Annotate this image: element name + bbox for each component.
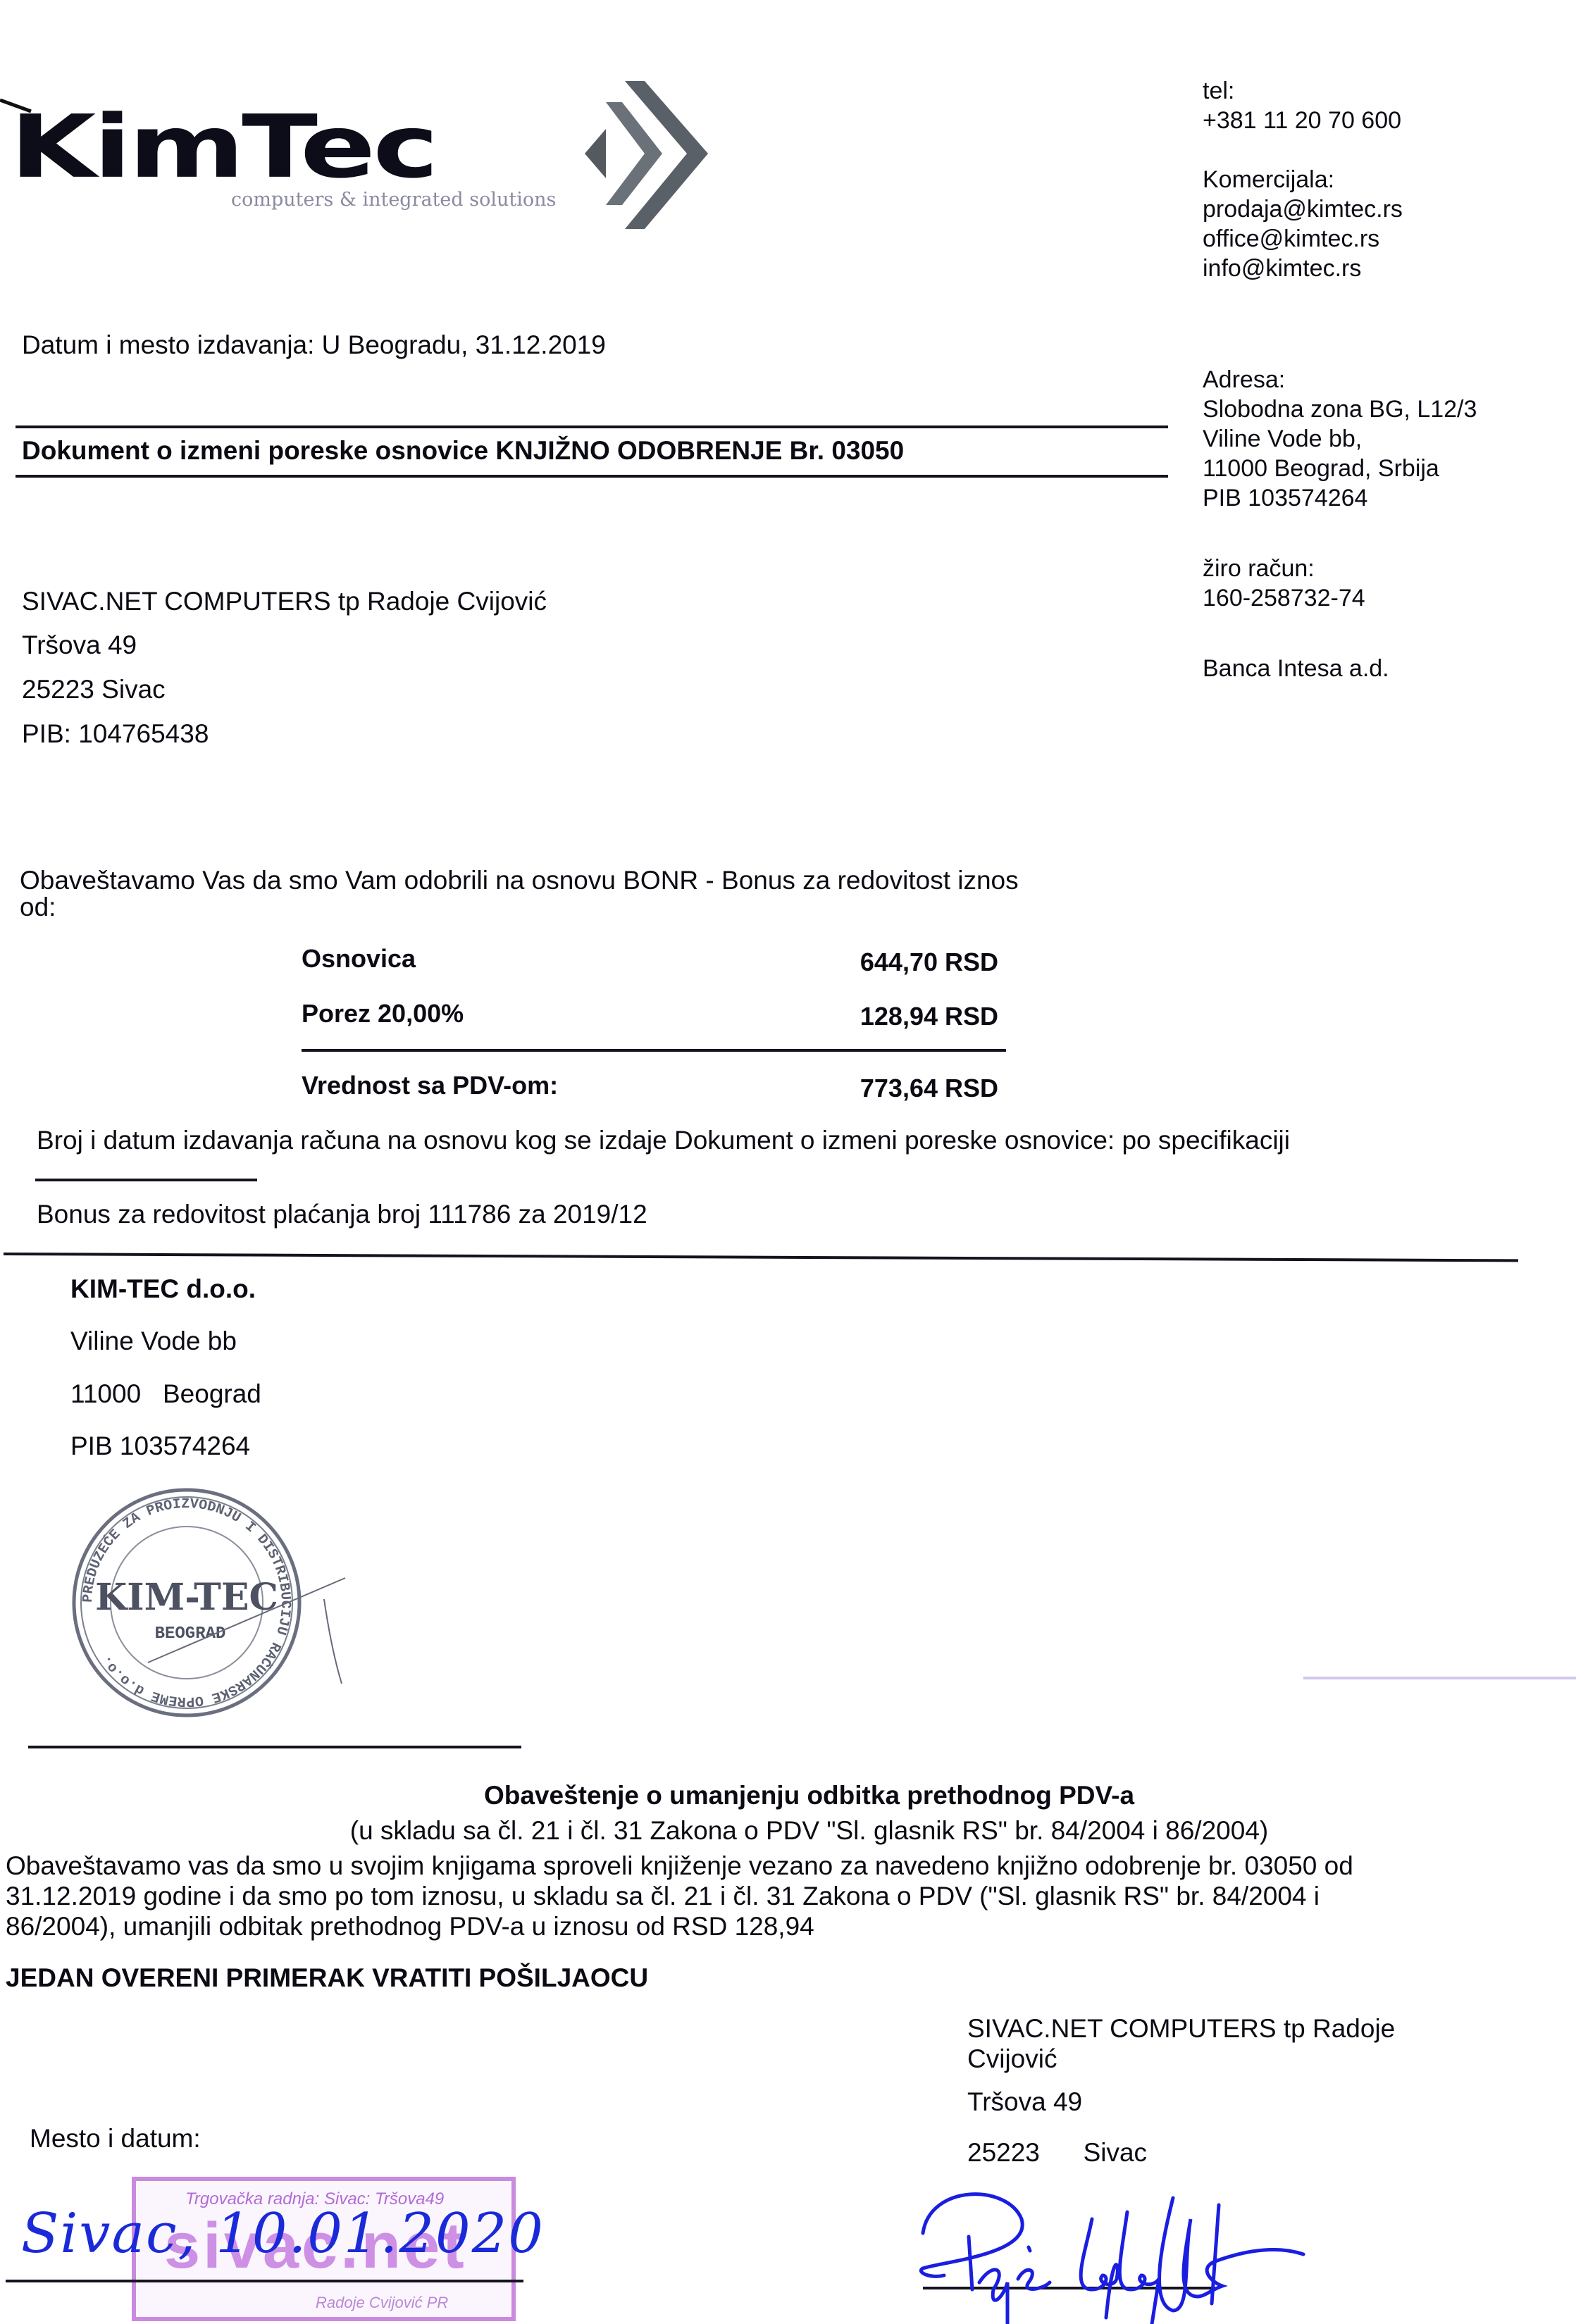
issuer-name: KIM-TEC d.o.o.: [70, 1274, 256, 1305]
vat-notice-body-line: 31.12.2019 godine i da smo po tom iznosu…: [6, 1881, 1320, 1912]
tel-number: +381 11 20 70 600: [1203, 106, 1569, 135]
vat-notice-title: Obaveštenje o umanjenju odbitka prethodn…: [0, 1780, 1576, 1811]
company-pib: PIB 103574264: [1203, 483, 1569, 513]
sender-city: 25223 Sivac: [967, 2137, 1147, 2168]
address-line: Viline Vode bb,: [1203, 424, 1569, 454]
sender-name: SIVAC.NET COMPUTERS tp Radoje: [967, 2013, 1395, 2044]
logo-wordmark: KimTec: [10, 114, 436, 180]
divider: [4, 1253, 1518, 1262]
kimtec-logo: KimTec computers & integrated solutions: [0, 70, 705, 225]
amount-value-total: 773,64 RSD: [860, 1074, 998, 1103]
bank-name: Banca Intesa a.d.: [1203, 654, 1569, 683]
account-label: žiro račun:: [1203, 554, 1569, 583]
bonus-description: Bonus za redovitost plaćanja broj 111786…: [37, 1199, 647, 1230]
vat-notice-body-line: Obaveštavamo vas da smo u svojim knjigam…: [6, 1851, 1353, 1882]
faint-line: [1303, 1677, 1576, 1679]
svg-text:KIM-TEC: KIM-TEC: [95, 1576, 278, 1619]
recipient-name: SIVAC.NET COMPUTERS tp Radoje Cvijović: [22, 586, 547, 617]
handwritten-place-date: Sivac, 10.01.2020: [21, 2202, 545, 2266]
place-date-label: Mesto i datum:: [30, 2123, 201, 2154]
invoice-reference: Broj i datum izdavanja računa na osnovu …: [37, 1125, 1290, 1156]
logo-tagline: computers & integrated solutions: [231, 189, 556, 211]
company-contact-info: tel: +381 11 20 70 600 Komercijala: prod…: [1203, 76, 1569, 683]
place-date-line: [340, 2280, 523, 2282]
amount-divider: [302, 1049, 1006, 1052]
kimtec-company-stamp: PREDUZEĆE ZA PROIZVODNJU I DISTRIBUCIJU …: [63, 1479, 359, 1726]
issuer-street: Viline Vode bb: [70, 1326, 237, 1357]
issuer-city: 11000 Beograd: [70, 1379, 261, 1410]
issuer-pib: PIB 103574264: [70, 1431, 250, 1462]
tel-label: tel:: [1203, 76, 1569, 106]
place-date-line: [6, 2280, 340, 2282]
credit-notice-line: od:: [20, 892, 56, 923]
address-line: 11000 Beograd, Srbija: [1203, 454, 1569, 483]
vat-notice-subtitle: (u skladu sa čl. 21 i čl. 31 Zakona o PD…: [0, 1815, 1576, 1846]
double-chevron-right-diamond-icon: [574, 81, 715, 229]
amount-value-tax: 128,94 RSD: [860, 1002, 998, 1031]
recipient-pib: PIB: 104765438: [22, 719, 209, 750]
amount-label-total: Vrednost sa PDV-om:: [302, 1071, 558, 1100]
sender-street: Tršova 49: [967, 2087, 1082, 2118]
stamp-bottom-text: Radoje Cvijović PR: [316, 2294, 448, 2312]
amount-label-tax: Porez 20,00%: [302, 999, 464, 1029]
address-line: Slobodna zona BG, L12/3: [1203, 394, 1569, 424]
amount-label-base: Osnovica: [302, 944, 416, 974]
amount-value-base: 644,70 RSD: [860, 947, 998, 977]
sender-name-cont: Cvijović: [967, 2044, 1057, 2075]
signature-line: [28, 1746, 521, 1748]
divider: [15, 475, 1168, 478]
document-title: Dokument o izmeni poreske osnovice KNJIŽ…: [22, 435, 904, 466]
divider: [15, 425, 1168, 428]
address-label: Adresa:: [1203, 365, 1569, 394]
email-sales: prodaja@kimtec.rs: [1203, 194, 1569, 224]
vat-notice-body-line: 86/2004), umanjili odbitak prethodnog PD…: [6, 1911, 814, 1942]
email-info: info@kimtec.rs: [1203, 254, 1569, 283]
sales-label: Komercijala:: [1203, 165, 1569, 194]
issue-date-place: Datum i mesto izdavanja: U Beogradu, 31.…: [22, 330, 606, 361]
blank-line: [35, 1179, 257, 1181]
email-office: office@kimtec.rs: [1203, 224, 1569, 254]
recipient-city: 25223 Sivac: [22, 674, 166, 705]
recipient-street: Tršova 49: [22, 630, 137, 661]
account-number: 160-258732-74: [1203, 583, 1569, 613]
return-copy-notice: JEDAN OVERENI PRIMERAK VRATITI POŠILJAOC…: [6, 1963, 648, 1994]
handwritten-signature-icon: [902, 2177, 1576, 2324]
credit-notice-line: Obaveštavamo Vas da smo Vam odobrili na …: [20, 865, 1019, 896]
